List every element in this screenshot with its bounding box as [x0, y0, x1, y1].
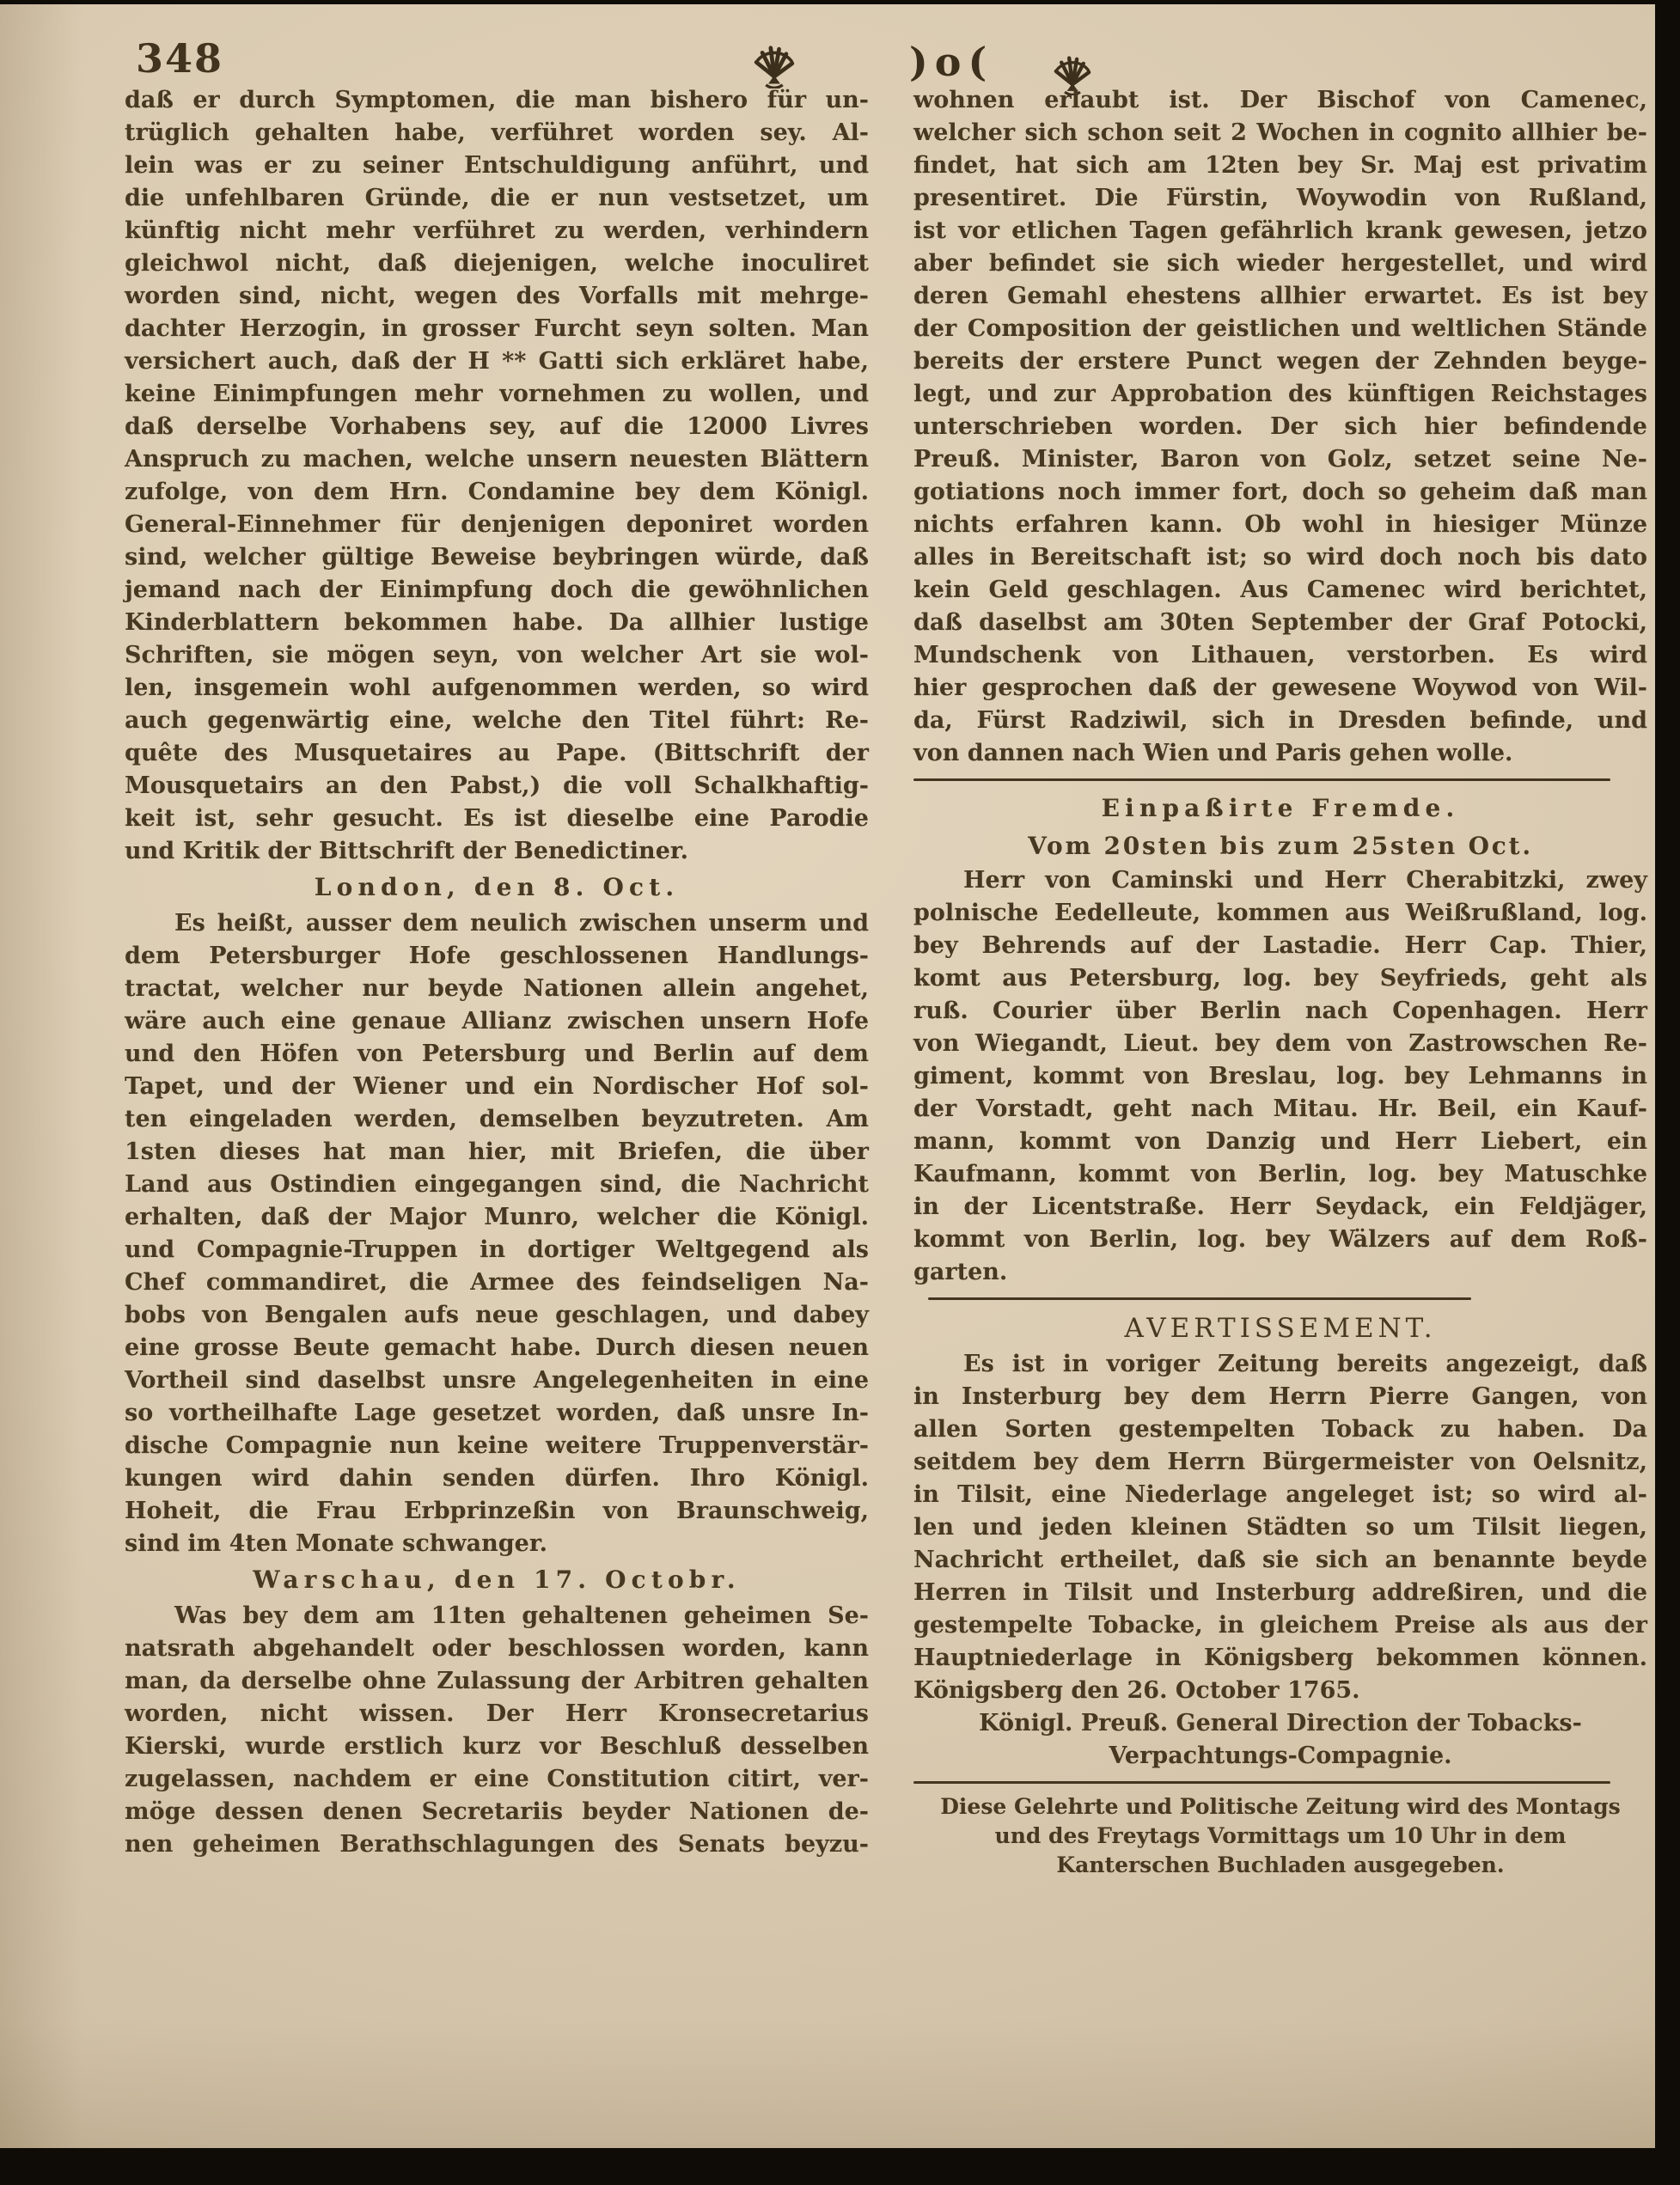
text-line: dachter Herzogin, in grosser Furcht seyn…: [125, 313, 869, 345]
text-line: Es heißt, ausser dem neulich zwischen un…: [125, 907, 869, 940]
text-line: presentiret. Die Fürstin, Woywodin von R…: [913, 182, 1647, 215]
section-heading: Einpaßirte Fremde.: [913, 790, 1647, 827]
text-line: und Compagnie-Truppen in dortiger Weltge…: [125, 1234, 869, 1266]
footer-note: Diese Gelehrte und Politische Zeitung wi…: [913, 1792, 1647, 1880]
text-line: und des Freytags Vormittags um 10 Uhr in…: [913, 1822, 1647, 1851]
section-heading: Warschau, den 17. Octobr.: [125, 1561, 869, 1599]
text-line: allen Sorten gestempelten Toback zu habe…: [913, 1413, 1647, 1446]
text-line: Königl. Preuß. General Direction der Tob…: [913, 1707, 1647, 1740]
text-line: legt, und zur Approbation des künftigen …: [913, 378, 1647, 411]
text-line: tractat, welcher nur beyde Nationen alle…: [125, 973, 869, 1005]
text-line: Nachricht ertheilet, daß sie sich an ben…: [913, 1544, 1647, 1577]
text-line: Tapet, und der Wiener und ein Nordischer…: [125, 1071, 869, 1103]
text-line: da, Fürst Radziwil, sich in Dresden befi…: [913, 705, 1647, 737]
text-line: und Kritik der Bittschrift der Benedicti…: [125, 835, 869, 868]
text-line: der Vorstadt, geht nach Mitau. Hr. Beil,…: [913, 1093, 1647, 1126]
text-line: worden, nicht wissen. Der Herr Kronsecre…: [125, 1698, 869, 1730]
section-heading: AVERTISSEMENT.: [913, 1309, 1647, 1348]
text-line: Mundschenk von Lithauen, verstorben. Es …: [913, 639, 1647, 672]
text-line: Herr von Caminski und Herr Cherabitzki, …: [913, 864, 1647, 897]
text-line: daß derselbe Vorhabens sey, auf die 1200…: [125, 411, 869, 443]
text-line: wäre auch eine genaue Allianz zwischen u…: [125, 1005, 869, 1038]
text-line: sind, welcher gültige Beweise beybringen…: [125, 541, 869, 574]
text-line: Kaufmann, kommt von Berlin, log. bey Mat…: [913, 1158, 1647, 1191]
text-line: Chef commandiret, die Armee des feindsel…: [125, 1266, 869, 1299]
section-divider: [928, 1297, 1471, 1300]
text-line: versichert auch, daß der H ** Gatti sich…: [125, 345, 869, 378]
text-line: lein was er zu seiner Entschuldigung anf…: [125, 150, 869, 182]
text-line: Was bey dem am 11ten gehaltenen geheimen…: [125, 1600, 869, 1633]
text-line: gestempelte Tobacke, in gleichem Preise …: [913, 1609, 1647, 1642]
text-line: von Wiegandt, Lieut. bey dem von Zastrow…: [913, 1028, 1647, 1060]
text-line: dem Petersburger Hofe geschlossenen Hand…: [125, 940, 869, 973]
text-line: Kanterschen Buchladen ausgegeben.: [913, 1851, 1647, 1880]
shell-ornament-icon: [749, 46, 799, 88]
page-number: 348: [136, 35, 223, 82]
text-line: findet, hat sich am 12ten bey Sr. Maj es…: [913, 150, 1647, 182]
text-line: Diese Gelehrte und Politische Zeitung wi…: [913, 1792, 1647, 1822]
page-body: daß er durch Symptomen, die man bishero …: [125, 84, 1647, 1880]
newspaper-page: 348 )o( daß er durch Symptomen, die man …: [0, 4, 1655, 2148]
text-line: Königsberg den 26. October 1765.: [913, 1675, 1647, 1707]
text-line: komt aus Petersburg, log. bey Seyfrieds,…: [913, 962, 1647, 995]
text-line: Preuß. Minister, Baron von Golz, setzet …: [913, 443, 1647, 476]
text-line: man, da derselbe ohne Zulassung der Arbi…: [125, 1665, 869, 1698]
text-line: alles in Bereitschaft ist; so wird doch …: [913, 541, 1647, 574]
text-line: kein Geld geschlagen. Aus Camenec wird b…: [913, 574, 1647, 607]
paragraph: wohnen erlaubt ist. Der Bischof von Came…: [913, 84, 1647, 770]
text-line: Mousquetairs an den Pabst,) die voll Sch…: [125, 770, 869, 803]
text-line: Hauptniederlage in Königsberg bekommen k…: [913, 1642, 1647, 1675]
text-line: zufolge, von dem Hrn. Condamine bey dem …: [125, 476, 869, 509]
text-line: erhalten, daß der Major Munro, welcher d…: [125, 1201, 869, 1234]
text-line: worden sind, nicht, wegen des Vorfalls m…: [125, 280, 869, 313]
text-line: mann, kommt von Danzig und Herr Liebert,…: [913, 1126, 1647, 1158]
text-line: nichts erfahren kann. Ob wohl in hiesige…: [913, 509, 1647, 541]
text-line: 1sten dieses hat man hier, mit Briefen, …: [125, 1136, 869, 1169]
section-heading: Vom 20sten bis zum 25sten Oct.: [913, 828, 1647, 864]
text-line: Verpachtungs-Compagnie.: [913, 1740, 1647, 1773]
text-line: von dannen nach Wien und Paris gehen wol…: [913, 737, 1647, 770]
text-line: Land aus Ostindien eingegangen sind, die…: [125, 1169, 869, 1201]
text-line: gotiations noch immer fort, doch so gehe…: [913, 476, 1647, 509]
text-line: gleichwol nicht, daß diejenigen, welche …: [125, 247, 869, 280]
text-line: ten eingeladen werden, demselben beyzutr…: [125, 1103, 869, 1136]
text-line: bey Behrends auf der Lastadie. Herr Cap.…: [913, 930, 1647, 962]
text-line: Schriften, sie mögen seyn, von welcher A…: [125, 639, 869, 672]
text-line: der Composition der geistlichen und welt…: [913, 313, 1647, 345]
paragraph: Es ist in voriger Zeitung bereits angeze…: [913, 1348, 1647, 1707]
text-line: garten.: [913, 1256, 1647, 1289]
paragraph: Was bey dem am 11ten gehaltenen geheimen…: [125, 1600, 869, 1861]
printer-mark: )o(: [909, 39, 993, 85]
text-line: daß er durch Symptomen, die man bishero …: [125, 84, 869, 117]
section-heading: London, den 8. Oct.: [125, 869, 869, 906]
text-line: Vortheil sind daselbst unsre Angelegenhe…: [125, 1364, 869, 1397]
text-line: len, insgemein wohl aufgenommen werden, …: [125, 672, 869, 705]
text-line: daß daselbst am 30ten September der Graf…: [913, 607, 1647, 639]
text-line: die unfehlbaren Gründe, die er nun vests…: [125, 182, 869, 215]
text-line: in Tilsit, eine Niederlage angeleget ist…: [913, 1479, 1647, 1511]
text-line: zugelassen, nachdem er eine Constitution…: [125, 1763, 869, 1796]
text-line: Kinderblattern bekommen habe. Da allhier…: [125, 607, 869, 639]
left-column: daß er durch Symptomen, die man bishero …: [125, 84, 869, 1880]
text-line: Anspruch zu machen, welche unsern neuest…: [125, 443, 869, 476]
text-line: bereits der erstere Punct wegen der Zehn…: [913, 345, 1647, 378]
text-line: quête des Musquetaires au Pape. (Bittsch…: [125, 737, 869, 770]
section-divider: [913, 1781, 1610, 1784]
text-line: kommt von Berlin, log. bey Wälzers auf d…: [913, 1224, 1647, 1256]
text-line: und den Höfen von Petersburg und Berlin …: [125, 1038, 869, 1071]
text-line: möge dessen denen Secretariis beyder Nat…: [125, 1796, 869, 1828]
text-line: len und jeden kleinen Städten so um Tils…: [913, 1511, 1647, 1544]
text-line: keine Einimpfungen mehr vornehmen zu wol…: [125, 378, 869, 411]
text-line: seitdem bey dem Herrn Bürgermeister von …: [913, 1446, 1647, 1479]
text-line: jemand nach der Einimpfung doch die gewö…: [125, 574, 869, 607]
text-line: auch gegenwärtig eine, welche den Titel …: [125, 705, 869, 737]
paragraph: daß er durch Symptomen, die man bishero …: [125, 84, 869, 868]
text-line: künftig nicht mehr verführet zu werden, …: [125, 215, 869, 247]
right-column: wohnen erlaubt ist. Der Bischof von Came…: [913, 84, 1647, 1880]
text-line: in Insterburg bey dem Herrn Pierre Gange…: [913, 1381, 1647, 1413]
text-line: natsrath abgehandelt oder beschlossen wo…: [125, 1633, 869, 1665]
text-line: unterschrieben worden. Der sich hier bef…: [913, 411, 1647, 443]
text-line: kungen wird dahin senden dürfen. Ihro Kö…: [125, 1462, 869, 1495]
text-line: Es ist in voriger Zeitung bereits angeze…: [913, 1348, 1647, 1381]
text-line: hier gesprochen daß der gewesene Woywod …: [913, 672, 1647, 705]
text-line: dische Compagnie nun keine weitere Trupp…: [125, 1430, 869, 1462]
text-line: nen geheimen Berathschlagungen des Senat…: [125, 1828, 869, 1861]
text-line: so vortheilhafte Lage gesetzet worden, d…: [125, 1397, 869, 1430]
text-line: polnische Eedelleute, kommen aus Weißruß…: [913, 897, 1647, 930]
text-line: in der Licentstraße. Herr Seydack, ein F…: [913, 1191, 1647, 1224]
text-line: giment, kommt von Breslau, log. bey Lehm…: [913, 1060, 1647, 1093]
text-line: Herren in Tilsit und Insterburg addreßir…: [913, 1577, 1647, 1609]
text-line: deren Gemahl ehestens allhier erwartet. …: [913, 280, 1647, 313]
paragraph: Es heißt, ausser dem neulich zwischen un…: [125, 907, 869, 1560]
text-line: welcher sich schon seit 2 Wochen in cogn…: [913, 117, 1647, 150]
signature-block: Königl. Preuß. General Direction der Tob…: [913, 1707, 1647, 1773]
section-divider: [913, 778, 1610, 781]
text-line: trüglich gehalten habe, verführet worden…: [125, 117, 869, 150]
text-line: keit ist, sehr gesucht. Es ist dieselbe …: [125, 803, 869, 835]
text-line: wohnen erlaubt ist. Der Bischof von Came…: [913, 84, 1647, 117]
text-line: bobs von Bengalen aufs neue geschlagen, …: [125, 1299, 869, 1332]
paragraph: Herr von Caminski und Herr Cherabitzki, …: [913, 864, 1647, 1289]
text-line: eine grosse Beute gemacht habe. Durch di…: [125, 1332, 869, 1364]
text-line: sind im 4ten Monate schwanger.: [125, 1528, 869, 1560]
text-line: Kierski, wurde erstlich kurz vor Beschlu…: [125, 1730, 869, 1763]
text-line: Hoheit, die Frau Erbprinzeßin von Brauns…: [125, 1495, 869, 1528]
text-line: ist vor etlichen Tagen gefährlich krank …: [913, 215, 1647, 247]
text-line: ruß. Courier über Berlin nach Copenhagen…: [913, 995, 1647, 1028]
text-line: General-Einnehmer für denjenigen deponir…: [125, 509, 869, 541]
text-line: aber befindet sie sich wieder hergestell…: [913, 247, 1647, 280]
